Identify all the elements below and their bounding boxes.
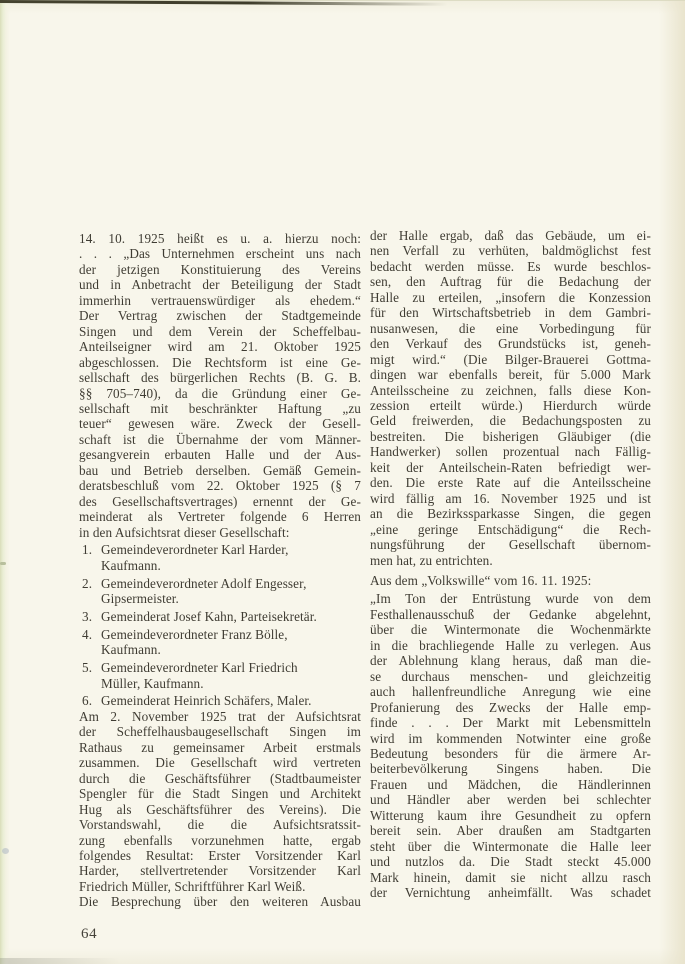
text-line: Profanierung des Zwecks der Halle emp- [370,700,651,715]
text-line: Mark hinein, damit sie nicht allzu rasch [370,870,651,885]
text-line: Harder, stellvertretender Vorsitzender K… [79,863,361,878]
text-line: sellschaft mit beschränkter Haftung „zu [79,401,361,416]
text-line: wird fällig am 16. November 1925 und ist [370,491,651,506]
text-line: Bedeutung besonders für die ärmere Ar- [370,746,651,761]
text-line: Spengler für die Stadt Singen und Archit… [79,786,361,801]
text-line: steht über die Wintermonate die Halle le… [370,839,651,854]
text-line: se durchaus menschen- und gleichzeitig [370,669,651,684]
text-line: Der Vertrag zwischen der Stadtgemeinde [79,308,361,323]
text-line: den Verkauf des Grundstücks ist, geneh- [370,336,651,351]
list-item-line: 1.Gemeindeverordneter Karl Harder, [79,542,361,557]
left-edge-mark [0,562,6,565]
text-line: Festhallenausschuß der Gedanke abgelehnt… [370,607,651,622]
page-number: 64 [81,926,97,943]
text-line: Die Besprechung über den weiteren Ausbau [79,894,361,909]
text-line: bau und Betrieb derselben. Gemäß Gemein- [79,463,361,478]
text-line: zusammen. Die Gesellschaft wird vertrete… [79,755,361,770]
paragraph: 14. 10. 1925 heißt es u. a. hierzu noch:… [79,231,361,540]
paragraph: Die Besprechung über den weiteren Ausbau [79,894,361,909]
text-line: zung ebenfalls vorzunehmen hatte, ergab [79,833,361,848]
list-marker: 2. [79,576,101,591]
text-line: Singen und dem Verein der Scheffelbau- [79,324,361,339]
text-line: Witterung kaum ihre Gesundheit zu opfern [370,808,651,823]
text-line: nungsführung der Gesellschaft übernom- [370,537,651,552]
text-line: keit der Anteilschein-Raten befriedigt w… [370,460,651,475]
text-line: Geld freiwerden, die Bedachungsposten zu [370,413,651,428]
text-line: Halle zu erteilen, „insofern die Konzess… [370,290,651,305]
text-line: gesangverein erbauten Halle und der Aus- [79,447,361,462]
text-line: zession erteilt würde.) Hierdurch würde [370,398,651,413]
list-item-line: 6.Gemeinderat Heinrich Schäfers, Maler. [79,693,361,708]
list-marker: 6. [79,693,101,708]
text-line: Friedrich Müller, Schriftführer Karl Wei… [79,879,361,894]
text-line: durch die Geschäftsführer (Stadtbaumeist… [79,771,361,786]
list-item-line: 2.Gemeindeverordneter Adolf Engesser, [79,576,361,591]
text-line: Am 2. November 1925 trat der Aufsichtsra… [79,709,361,724]
paragraph: „Im Ton der Entrüstung wurde von demFest… [370,591,651,900]
text-line: sellschaft des bürgerlichen Rechts (B. G… [79,370,361,385]
text-line: der Ablehnung klang heraus, daß man die- [370,653,651,668]
list-marker: 4. [79,627,101,642]
text-line: schaft ist die Übernahme der vom Männer- [79,432,361,447]
text-line: men hat, zu entrichten. [370,553,651,568]
text-line: Frauen und Mädchen, die Händlerinnen [370,777,651,792]
list-item-line: 3.Gemeinderat Josef Kahn, Parteisekretär… [79,609,361,624]
text-line: auch hallenfreundliche Anregung wie eine [370,684,651,699]
text-line: teuer“ gewesen wäre. Zweck der Gesell- [79,416,361,431]
text-line: immerhin vertrauenswürdiger als ehedem.“ [79,293,361,308]
text-line: des Gesellschaftsvertrages) ernennt der … [79,494,361,509]
right-column: der Halle ergab, daß das Gebäude, um ei-… [370,228,651,910]
scanned-page: 14. 10. 1925 heißt es u. a. hierzu noch:… [0,0,685,964]
text-line: dingen war ebenfalls bereit, für 5.000 M… [370,367,651,382]
paragraph: der Halle ergab, daß das Gebäude, um ei-… [370,228,651,568]
text-line: für den Wirtschaftsbetrieb in dem Gambri… [370,305,651,320]
text-line: in die brachliegende Halle zu verlegen. … [370,638,651,653]
paragraph: Am 2. November 1925 trat der Aufsichtsra… [79,709,361,894]
text-columns: 14. 10. 1925 heißt es u. a. hierzu noch:… [79,228,651,910]
text-line: §§ 705–740), da die Gründung einer Ge- [79,386,361,401]
text-line: sen, den Auftrag für die Bedachung der [370,274,651,289]
text-line: nen Verfall zu verhüten, baldmöglichst f… [370,243,651,258]
text-line: Vorstandswahl, die die Aufsichtsratssit- [79,817,361,832]
list-marker: 3. [79,609,101,624]
text-line: der Vernichtung anheimfällt. Was schadet [370,885,651,900]
text-line: in den Aufsichtsrat dieser Gesellschaft: [79,525,361,540]
text-line: Hug als Geschäftsführer des Vereins). Di… [79,802,361,817]
list-marker: 1. [79,542,101,557]
text-line: 14. 10. 1925 heißt es u. a. hierzu noch: [79,231,361,246]
text-line: Anteilseigner wird am 21. Oktober 1925 [79,339,361,354]
text-line: finde . . . Der Markt mit Lebensmitteln [370,715,651,730]
paragraph: Aus dem „Volkswille“ vom 16. 11. 1925: [370,573,651,588]
text-line: den. Die erste Rate auf die Anteilsschei… [370,475,651,490]
text-line: meinderat als Vertreter folgende 6 Herre… [79,509,361,524]
text-line: deratsbeschluß vom 22. Oktober 1925 (§ 7 [79,478,361,493]
list-item-line: Kaufmann. [79,558,361,573]
list-marker: 5. [79,660,101,675]
list-item-line: 5.Gemeindeverordneter Karl Friedrich [79,660,361,675]
text-line: „Im Ton der Entrüstung wurde von dem [370,591,651,606]
list-item-line: Kaufmann. [79,642,361,657]
text-line: der jetzigen Konstituierung des Vereins [79,262,361,277]
text-line: bedacht werden müsse. Es wurde beschlos- [370,259,651,274]
text-line: migt wird.“ (Die Bilger-Brauerei Gottma- [370,352,651,367]
left-edge-spot [2,848,9,854]
text-line: an die Bezirkssparkasse Singen, die gege… [370,506,651,521]
text-line: der Halle ergab, daß das Gebäude, um ei- [370,228,651,243]
text-line: Rathaus zu gemeinsamer Arbeit erstmals [79,740,361,755]
text-line: beiterbevölkerung Singens haben. Die [370,761,651,776]
text-line: Aus dem „Volkswille“ vom 16. 11. 1925: [370,573,651,588]
text-line: bereit sein. Aber draußen am Stadtgarten [370,823,651,838]
text-line: . . . „Das Unternehmen erscheint uns nac… [79,246,361,261]
text-line: und Händler aber werden bei schlechter [370,792,651,807]
text-line: über die Wintermonate die Wochenmärkte [370,622,651,637]
text-line: abgeschlossen. Die Rechtsform ist eine G… [79,355,361,370]
list-item-line: Müller, Kaufmann. [79,676,361,691]
bottom-edge-smudge [0,958,120,964]
text-line: der Scheffelhausbaugesellschaft Singen i… [79,724,361,739]
text-line: wird im kommenden Notwinter eine große [370,731,651,746]
text-line: Anteilsscheine zu zeichnen, falls diese … [370,383,651,398]
list-item-line: Gipsermeister. [79,591,361,606]
text-line: und nutzlos da. Die Stadt steckt 45.000 [370,854,651,869]
list-item-line: 4.Gemeindeverordneter Franz Bölle, [79,627,361,642]
left-column: 14. 10. 1925 heißt es u. a. hierzu noch:… [79,228,361,910]
text-line: nusanwesen, die eine Vorbedingung für [370,321,651,336]
text-line: und in Anbetracht der Beteiligung der St… [79,277,361,292]
text-line: folgendes Resultat: Erster Vorsitzender … [79,848,361,863]
text-line: bestreiten. Die bisherigen Gläubiger (di… [370,429,651,444]
text-line: Handwerker) sollen prozentual nach Fälli… [370,444,651,459]
numbered-list: 1.Gemeindeverordneter Karl Harder,Kaufma… [79,542,361,708]
text-line: „eine geringe Entschädigung“ die Rech- [370,522,651,537]
